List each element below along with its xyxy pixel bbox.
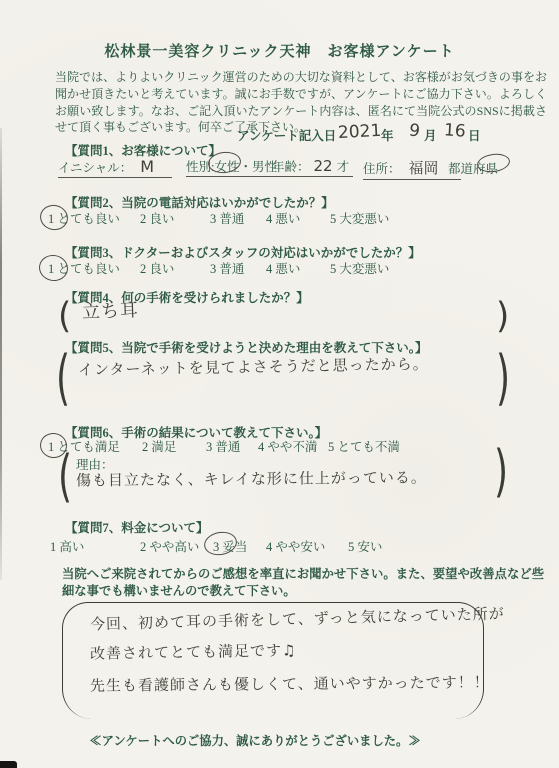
q1-fields-row: イニシャル：M 性別:女性・男性 年齢：22才 住所：福岡 都道府県 [0, 157, 559, 177]
q6-reason-text: 傷も目立たなく、キレイな形に仕上がっている。 [76, 470, 427, 488]
age-label: 年齢： [272, 160, 310, 174]
q7-options: 1 高い 2 やや高い 3 妥当 4 やや安い 5 安い [0, 537, 559, 555]
date-year-unit: 年 [381, 126, 394, 144]
date-day-value: 16 [443, 120, 466, 141]
scan-left-edge-artifact [0, 128, 2, 580]
q6-option-3: 3 普通 [206, 437, 240, 455]
q6-bracket-right-icon: ) [494, 445, 508, 501]
q2-option-5: 5 大変悪い [330, 209, 389, 227]
date-label: アンケート記入日 [237, 126, 336, 144]
age-field: 年齢：22才 [272, 157, 353, 177]
date-year-value: 2021 [338, 121, 382, 143]
q5-answer: インターネットを見てよさそうだと思ったから。 [78, 357, 429, 378]
initial-label: イニシャル： [58, 161, 132, 175]
q3-option-3: 3 普通 [210, 259, 244, 277]
q3-option-2: 2 良い [140, 259, 174, 277]
q4-bracket-right-icon: ) [496, 298, 509, 334]
q4-bracket-left-icon: ( [58, 298, 71, 334]
q7-option-1: 1 高い [50, 537, 84, 555]
date-day-unit: 日 [468, 126, 481, 144]
q6-options: 1 とても満足 2 満足 3 普通 4 やや不満 5 とても不満 [0, 437, 559, 455]
comments-prompt: 当院へご来院されてからのご感想を率直にお聞かせ下さい。また、要望や改善点など些細… [62, 566, 544, 600]
age-unit: 才 [337, 160, 350, 174]
initial-field: イニシャル：M [58, 157, 172, 178]
q7-heading: 【質問7、料金について】 [65, 518, 209, 536]
age-value: 22 [310, 157, 337, 175]
q6-bracket-left-icon: ( [58, 450, 72, 506]
scan-corner-artifact [0, 761, 17, 768]
footer-thanks: ≪アンケートへのご協力、誠にありがとうございました。≫ [0, 731, 510, 749]
q5-heading: 【質問5、当院で手術を受けようと決めた理由を教えて下さい。】 [65, 338, 428, 356]
q6-option-4: 4 やや不満 [258, 437, 317, 455]
q2-options: 1 とても良い 2 良い 3 普通 4 悪い 5 大変悪い [0, 209, 559, 227]
q6-option-5: 5 とても不満 [328, 437, 400, 455]
q7-option-5: 5 安い [348, 537, 382, 555]
q5-bracket-right-icon: ) [496, 350, 510, 409]
address-field: 住所：福岡 [363, 157, 461, 180]
comment-line-3: 先生も看護師さんも優しくて、通いやすかったです！！ [90, 675, 490, 693]
page-title: 松林景一美容クリニック天神 お客様アンケート [0, 40, 559, 61]
q4-answer: 立ち耳 [82, 302, 140, 322]
q2-option-4: 4 悪い [266, 209, 300, 227]
q2-option-2: 2 良い [140, 209, 174, 227]
scanned-survey-page: 松林景一美容クリニック天神 お客様アンケート 当院では、よりよいクリニック運営の… [0, 0, 559, 768]
q7-option-2: 2 やや高い [140, 537, 199, 555]
q3-options: 1 とても良い 2 良い 3 普通 4 悪い 5 大変悪い [0, 259, 559, 277]
date-month-value: 9 [408, 120, 422, 141]
q5-bracket-left-icon: ( [56, 350, 70, 409]
q7-option-4: 4 やや安い [266, 537, 325, 555]
address-label: 住所： [363, 162, 401, 176]
initial-value: M [132, 157, 168, 176]
comment-line-2: 改善されてとても満足です♫ [90, 643, 297, 662]
q2-option-3: 3 普通 [210, 209, 244, 227]
q6-option-2: 2 満足 [142, 437, 176, 455]
q3-option-5: 5 大変悪い [330, 259, 389, 277]
q3-option-4: 4 悪い [266, 259, 300, 277]
date-month-unit: 月 [424, 126, 437, 144]
